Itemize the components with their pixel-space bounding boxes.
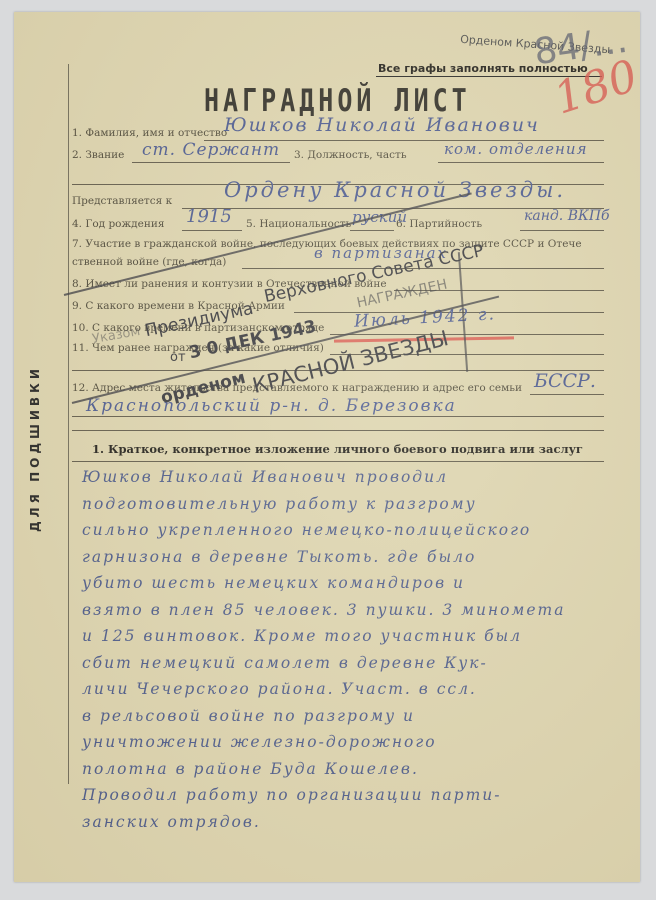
presented-for-award: Ордену Красной Звезды.: [224, 178, 566, 202]
narrative-line: убито шесть немецких командиров и: [82, 570, 565, 597]
field-1-full-name: Юшков Николай Иванович: [224, 114, 540, 136]
field-3-label: Должность, часть: [307, 149, 406, 161]
field-4-number: 4.: [72, 218, 82, 230]
field-4-label: Год рождения: [85, 218, 164, 230]
field-5-number: 5.: [246, 218, 256, 230]
field-5-label: Национальность: [259, 218, 351, 230]
field-6-label: Партийность: [409, 218, 482, 230]
field-2-number: 2.: [72, 149, 82, 161]
narrative-line: в рельсовой войне по разгрому и: [82, 703, 565, 730]
narrative-line: Юшков Николай Иванович проводил: [82, 464, 565, 491]
stamp-order-word: орденом: [159, 368, 248, 408]
narrative-line: взято в плен 85 человек. 3 пушки. 3 мино…: [82, 597, 565, 624]
presented-for-label: Представляется к: [72, 195, 172, 207]
narrative-line: Проводил работу по организации парти-: [82, 782, 565, 809]
section-1-heading: 1. Краткое, конкретное изложение личного…: [92, 442, 583, 456]
field-1-number: 1.: [72, 127, 82, 139]
narrative-line: сбит немецкий самолет в деревне Кук-: [82, 650, 565, 677]
field-6-party: канд. ВКПб: [524, 208, 610, 224]
field-6-number: 6.: [396, 218, 406, 230]
award-decree-stamp: Указом Президиума Верховного Совета СССР…: [64, 252, 484, 442]
field-3-position: ком. отделения: [444, 140, 588, 158]
field-2-label: Звание: [85, 149, 124, 161]
narrative-line: уничтожении железно-дорожного: [82, 729, 565, 756]
stamp-decree-word: Указом: [91, 324, 141, 347]
field-2-rank: ст. Сержант: [142, 140, 280, 160]
field-7-number: 7.: [72, 238, 82, 250]
award-sheet: ДЛЯ ПОДШИВКИ Орденом Красной Звезды Все …: [14, 12, 640, 882]
narrative-line: сильно укрепленного немецко-полицейского: [82, 517, 565, 544]
field-1-label: Фамилия, имя и отчество: [85, 127, 227, 139]
narrative-line: занских отрядов.: [82, 809, 565, 836]
field-3-number: 3.: [294, 149, 304, 161]
narrative-line: гарнизона в деревне Тыкоть. где было: [82, 544, 565, 571]
stamp-from: от: [170, 350, 186, 365]
field-12-republic: БССР.: [534, 370, 596, 392]
field-4-birth-year: 1915: [186, 206, 232, 227]
narrative-line: полотна в районе Буда Кошелев.: [82, 756, 565, 783]
narrative-line: личи Чечерского района. Участ. в ссл.: [82, 676, 565, 703]
narrative-line: и 125 винтовок. Кроме того участник был: [82, 623, 565, 650]
narrative-text: Юшков Николай Иванович проводил подготов…: [82, 464, 565, 835]
narrative-line: подготовительную работу к разгрому: [82, 491, 565, 518]
binding-margin-label: ДЛЯ ПОДШИВКИ: [28, 365, 42, 532]
